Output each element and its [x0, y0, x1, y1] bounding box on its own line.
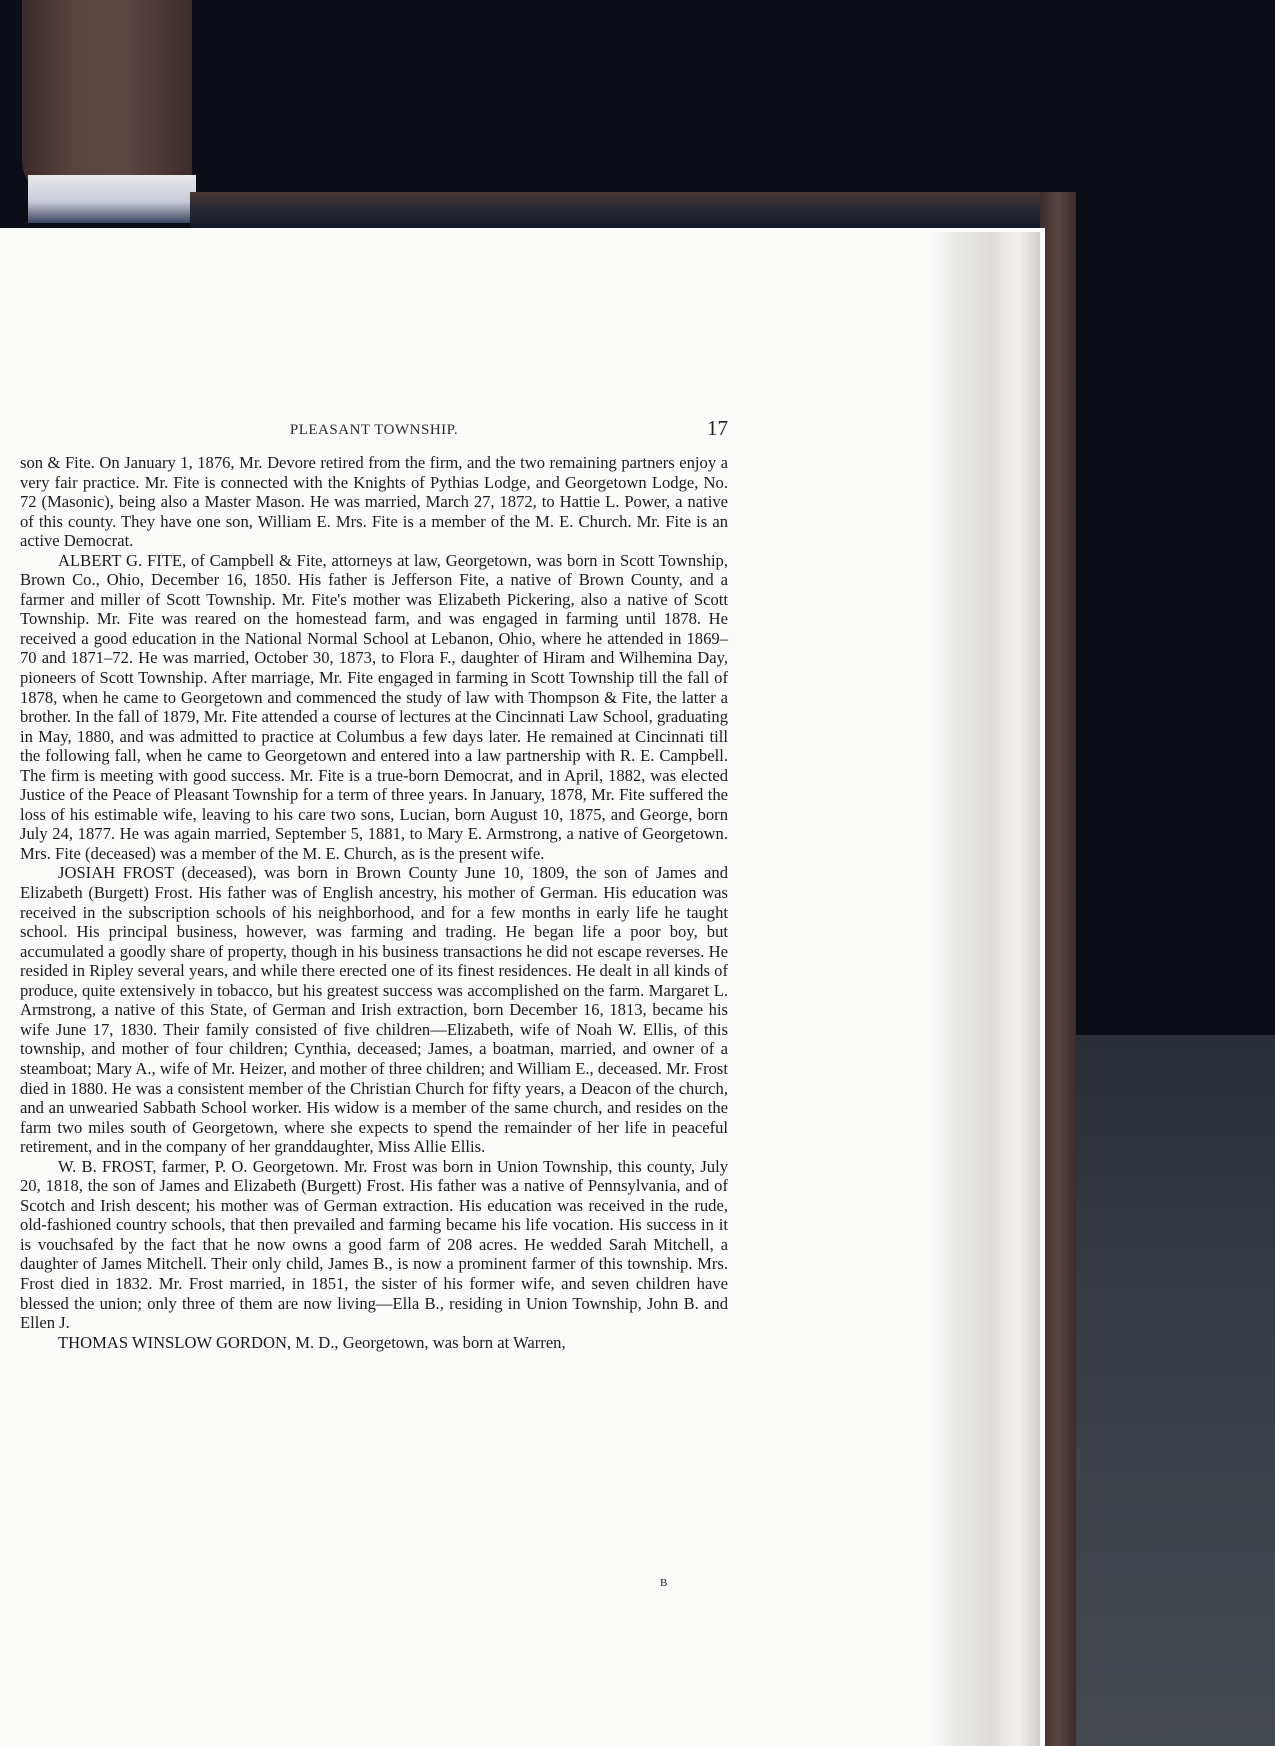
- running-head: PLEASANT TOWNSHIP. 17: [20, 420, 728, 444]
- paragraph-thomas-gordon: THOMAS WINSLOW GORDON, M. D., Georgetown…: [20, 1333, 728, 1353]
- paragraph-continuation: son & Fite. On January 1, 1876, Mr. Devo…: [20, 453, 728, 551]
- signature-mark: B: [660, 1577, 667, 1589]
- book-cover-top-edge: [190, 192, 1075, 228]
- paper-slip: [28, 175, 196, 223]
- book-cover-right-edge: [1040, 192, 1076, 1746]
- running-title: PLEASANT TOWNSHIP.: [20, 422, 728, 439]
- paragraph-albert-fite: ALBERT G. FITE, of Campbell & Fite, atto…: [20, 551, 728, 864]
- thumb-holding-book: [22, 0, 192, 200]
- page-number: 17: [707, 416, 728, 441]
- paragraph-wb-frost: W. B. FROST, farmer, P. O. Georgetown. M…: [20, 1157, 728, 1333]
- body-text: son & Fite. On January 1, 1876, Mr. Devo…: [20, 453, 728, 1352]
- paragraph-josiah-frost: JOSIAH FROST (deceased), was born in Bro…: [20, 863, 728, 1156]
- page-stack-edge: [930, 232, 1040, 1746]
